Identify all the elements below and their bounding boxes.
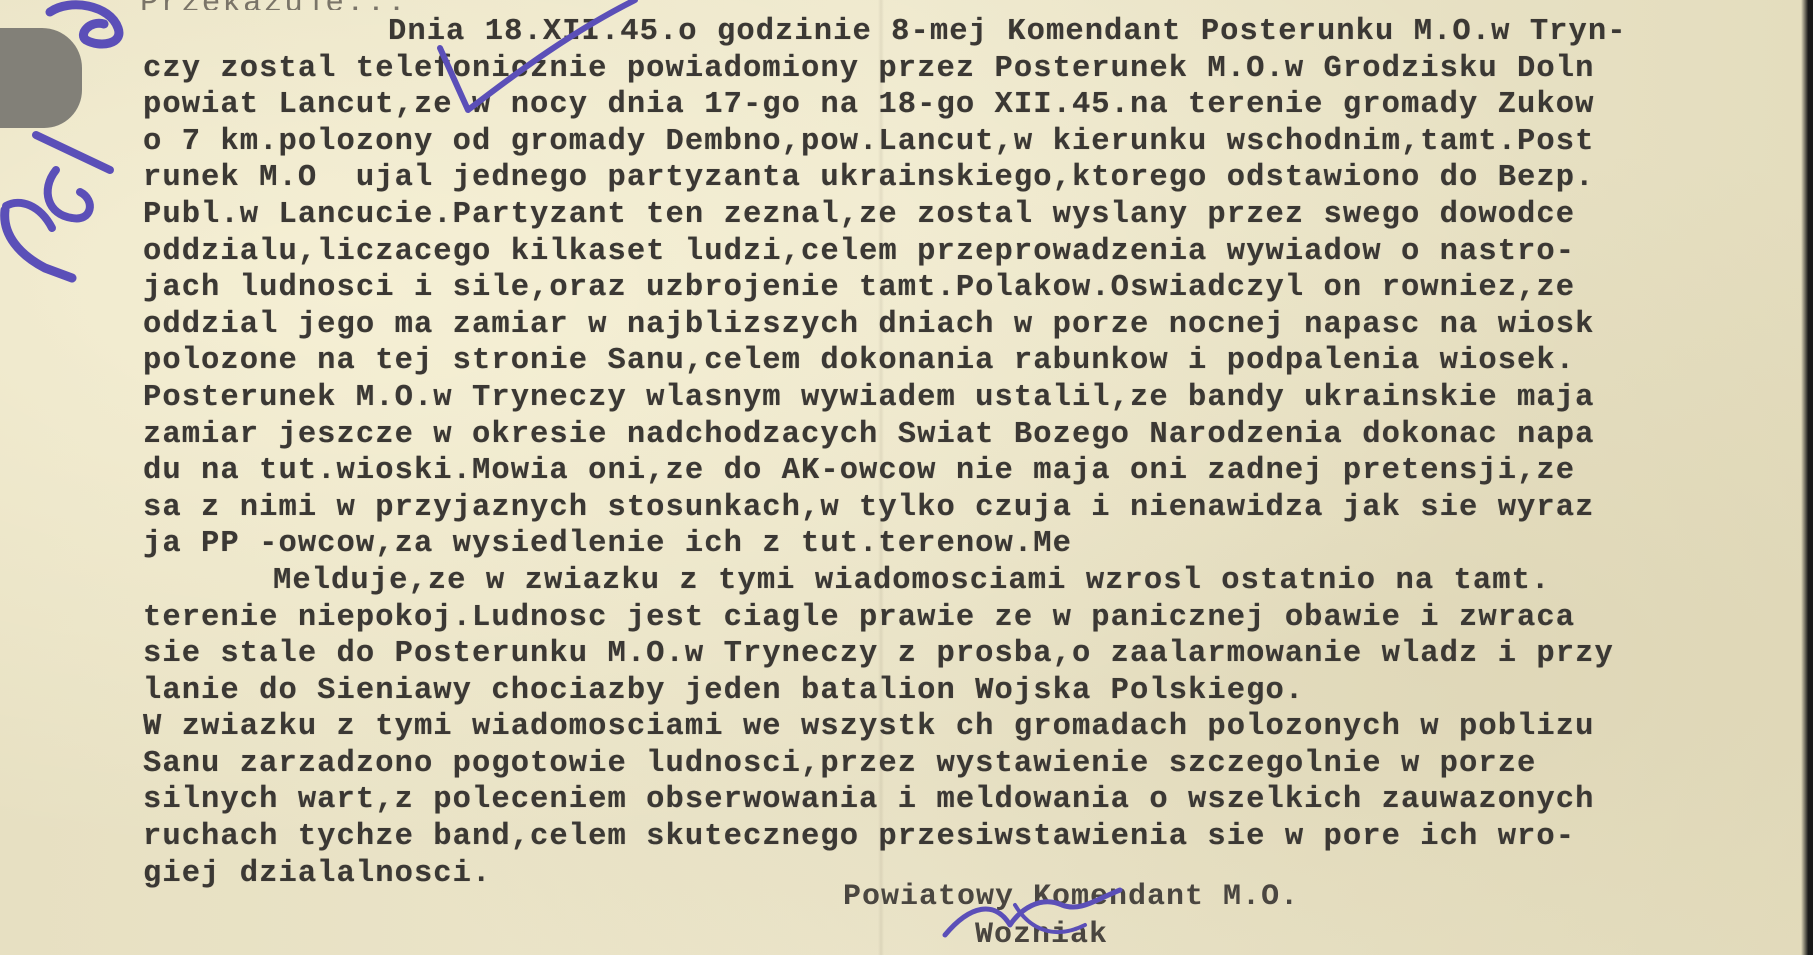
cut-off-top-line: Przekazuje... [140, 0, 600, 10]
signature-name: Wozniak [975, 918, 1108, 952]
text-line: o 7 km.polozony od gromady Dembno,pow.La… [143, 124, 1813, 161]
text-line: du na tut.wioski.Mowia oni,ze do AK-owco… [143, 453, 1813, 490]
text-line: powiat Lancut,ze w nocy dnia 17-go na 18… [143, 87, 1813, 124]
text-line: runek M.O ujal jednego partyzanta ukrain… [143, 160, 1813, 197]
text-line: sie stale do Posterunku M.O.w Tryneczy z… [143, 636, 1813, 673]
text-line: lanie do Sieniawy chociazby jeden batali… [143, 673, 1813, 710]
text-line: zamiar jeszcze w okresie nadchodzacych S… [143, 417, 1813, 454]
text-line: ruchach tychze band,celem skutecznego pr… [143, 819, 1813, 856]
text-line: sa z nimi w przyjaznych stosunkach,w tyl… [143, 490, 1813, 527]
text-line: Posterunek M.O.w Tryneczy wlasnym wywiad… [143, 380, 1813, 417]
text-line: W zwiazku z tymi wiadomosciami we wszyst… [143, 709, 1813, 746]
document-page: Przekazuje... Dnia 18.XII.45.o godzinie … [0, 0, 1813, 955]
text-line: ja PP -owcow,za wysiedlenie ich z tut.te… [143, 526, 1813, 563]
text-line: Sanu zarzadzono pogotowie ludnosci,przez… [143, 746, 1813, 783]
text-line: Melduje,ze w zwiazku z tymi wiadomosciam… [143, 563, 1813, 600]
text-line: Dnia 18.XII.45.o godzinie 8-mej Komendan… [143, 14, 1813, 51]
margin-stamp-blot [0, 28, 82, 128]
text-line: oddzialu,liczacego kilkaset ludzi,celem … [143, 234, 1813, 271]
text-line: Publ.w Lancucie.Partyzant ten zeznal,ze … [143, 197, 1813, 234]
text-line: jach ludnosci i sile,oraz uzbrojenie tam… [143, 270, 1813, 307]
page-edge-shadow [1801, 0, 1813, 955]
text-line: polozone na tej stronie Sanu,celem dokon… [143, 343, 1813, 380]
text-line: silnych wart,z poleceniem obserwowania i… [143, 782, 1813, 819]
text-line: oddzial jego ma zamiar w najblizszych dn… [143, 307, 1813, 344]
text-line: terenie niepokoj.Ludnosc jest ciagle pra… [143, 600, 1813, 637]
text-line: czy zostal telefonicznie powiadomiony pr… [143, 51, 1813, 88]
typewritten-body: Dnia 18.XII.45.o godzinie 8-mej Komendan… [143, 14, 1813, 892]
signature-title: Powiatowy Komendant M.O. [843, 880, 1299, 914]
